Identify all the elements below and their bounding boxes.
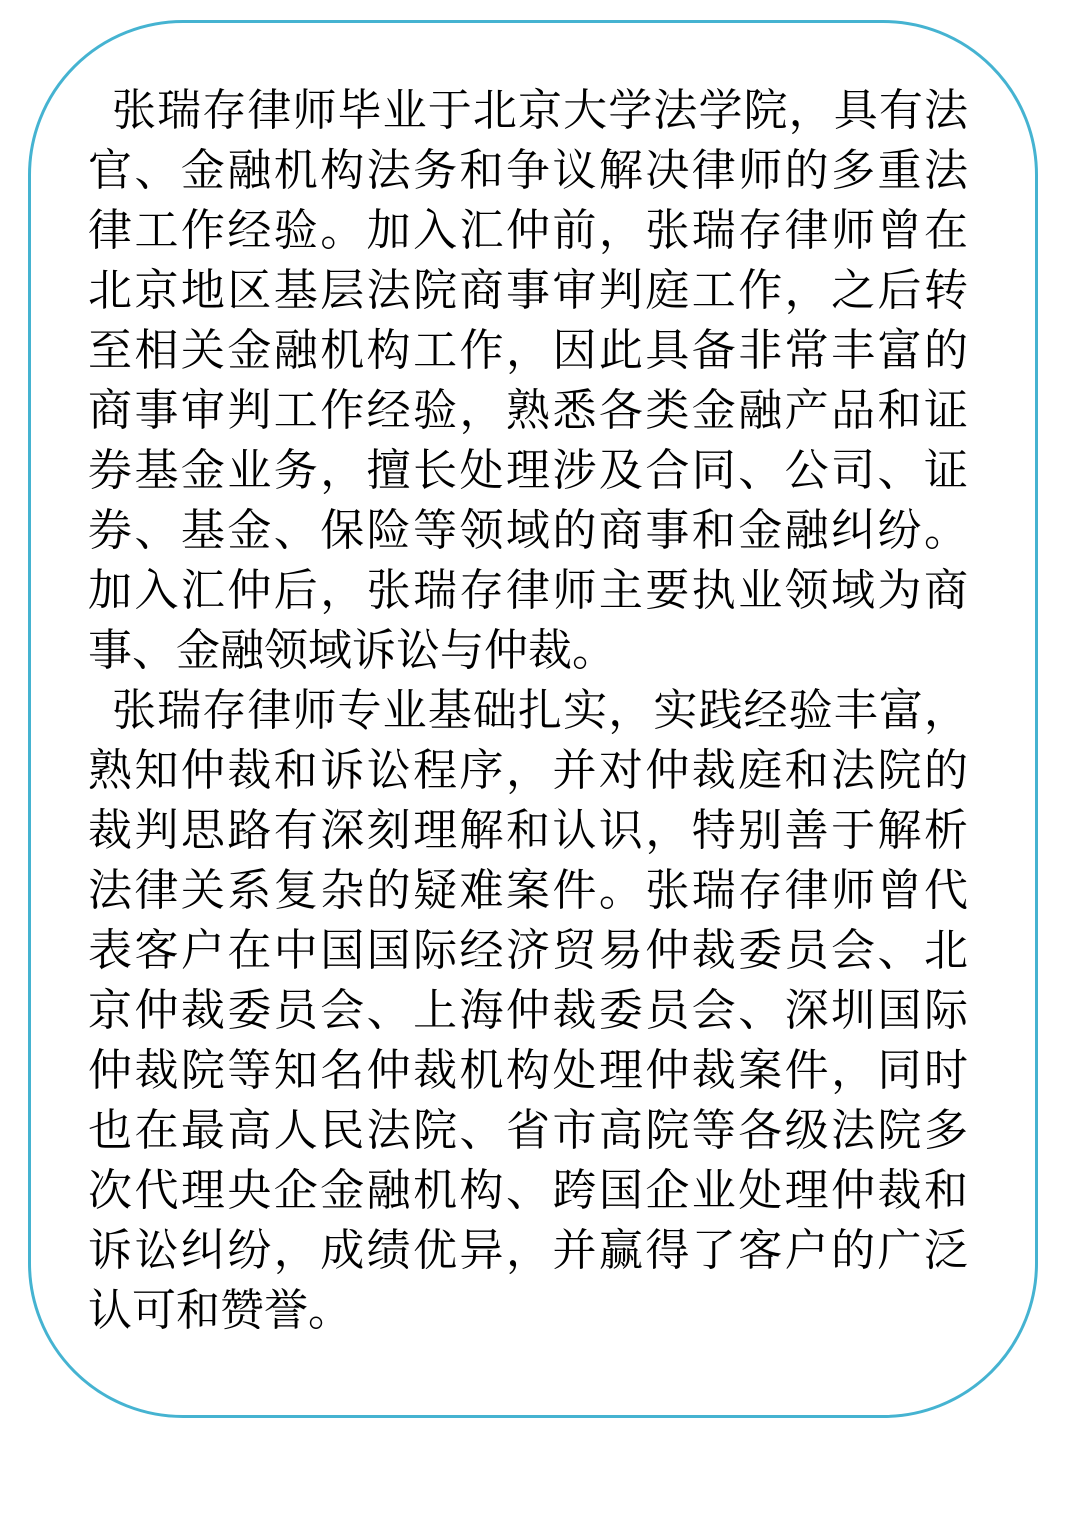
text-line: 加入汇仲后，张瑞存律师主要执业领域为商 <box>88 561 968 621</box>
text-line: 认可和赞誉。 <box>88 1281 968 1341</box>
text-line: 商事审判工作经验，熟悉各类金融产品和证 <box>88 381 968 441</box>
text-line: 法律关系复杂的疑难案件。张瑞存律师曾代 <box>88 861 968 921</box>
text-line: 次代理央企金融机构、跨国企业处理仲裁和 <box>88 1161 968 1221</box>
text-line: 诉讼纠纷，成绩优异，并赢得了客户的广泛 <box>88 1221 968 1281</box>
text-line: 也在最高人民法院、省市高院等各级法院多 <box>88 1101 968 1161</box>
text-line: 张瑞存律师毕业于北京大学法学院，具有法 <box>88 81 968 141</box>
text-line: 京仲裁委员会、上海仲裁委员会、深圳国际 <box>88 981 968 1041</box>
lawyer-bio-text: 张瑞存律师毕业于北京大学法学院，具有法官、金融机构法务和争议解决律师的多重法律工… <box>88 81 968 1341</box>
text-line: 官、金融机构法务和争议解决律师的多重法 <box>88 141 968 201</box>
text-line: 券、基金、保险等领域的商事和金融纠纷。 <box>88 501 968 561</box>
text-line: 仲裁院等知名仲裁机构处理仲裁案件，同时 <box>88 1041 968 1101</box>
text-line: 张瑞存律师专业基础扎实，实践经验丰富， <box>88 681 968 741</box>
text-line: 裁判思路有深刻理解和认识，特别善于解析 <box>88 801 968 861</box>
text-line: 事、金融领域诉讼与仲裁。 <box>88 621 968 681</box>
text-line: 律工作经验。加入汇仲前，张瑞存律师曾在 <box>88 201 968 261</box>
text-line: 表客户在中国国际经济贸易仲裁委员会、北 <box>88 921 968 981</box>
text-line: 券基金业务，擅长处理涉及合同、公司、证 <box>88 441 968 501</box>
text-line: 北京地区基层法院商事审判庭工作，之后转 <box>88 261 968 321</box>
text-line: 至相关金融机构工作，因此具备非常丰富的 <box>88 321 968 381</box>
text-line: 熟知仲裁和诉讼程序，并对仲裁庭和法院的 <box>88 741 968 801</box>
